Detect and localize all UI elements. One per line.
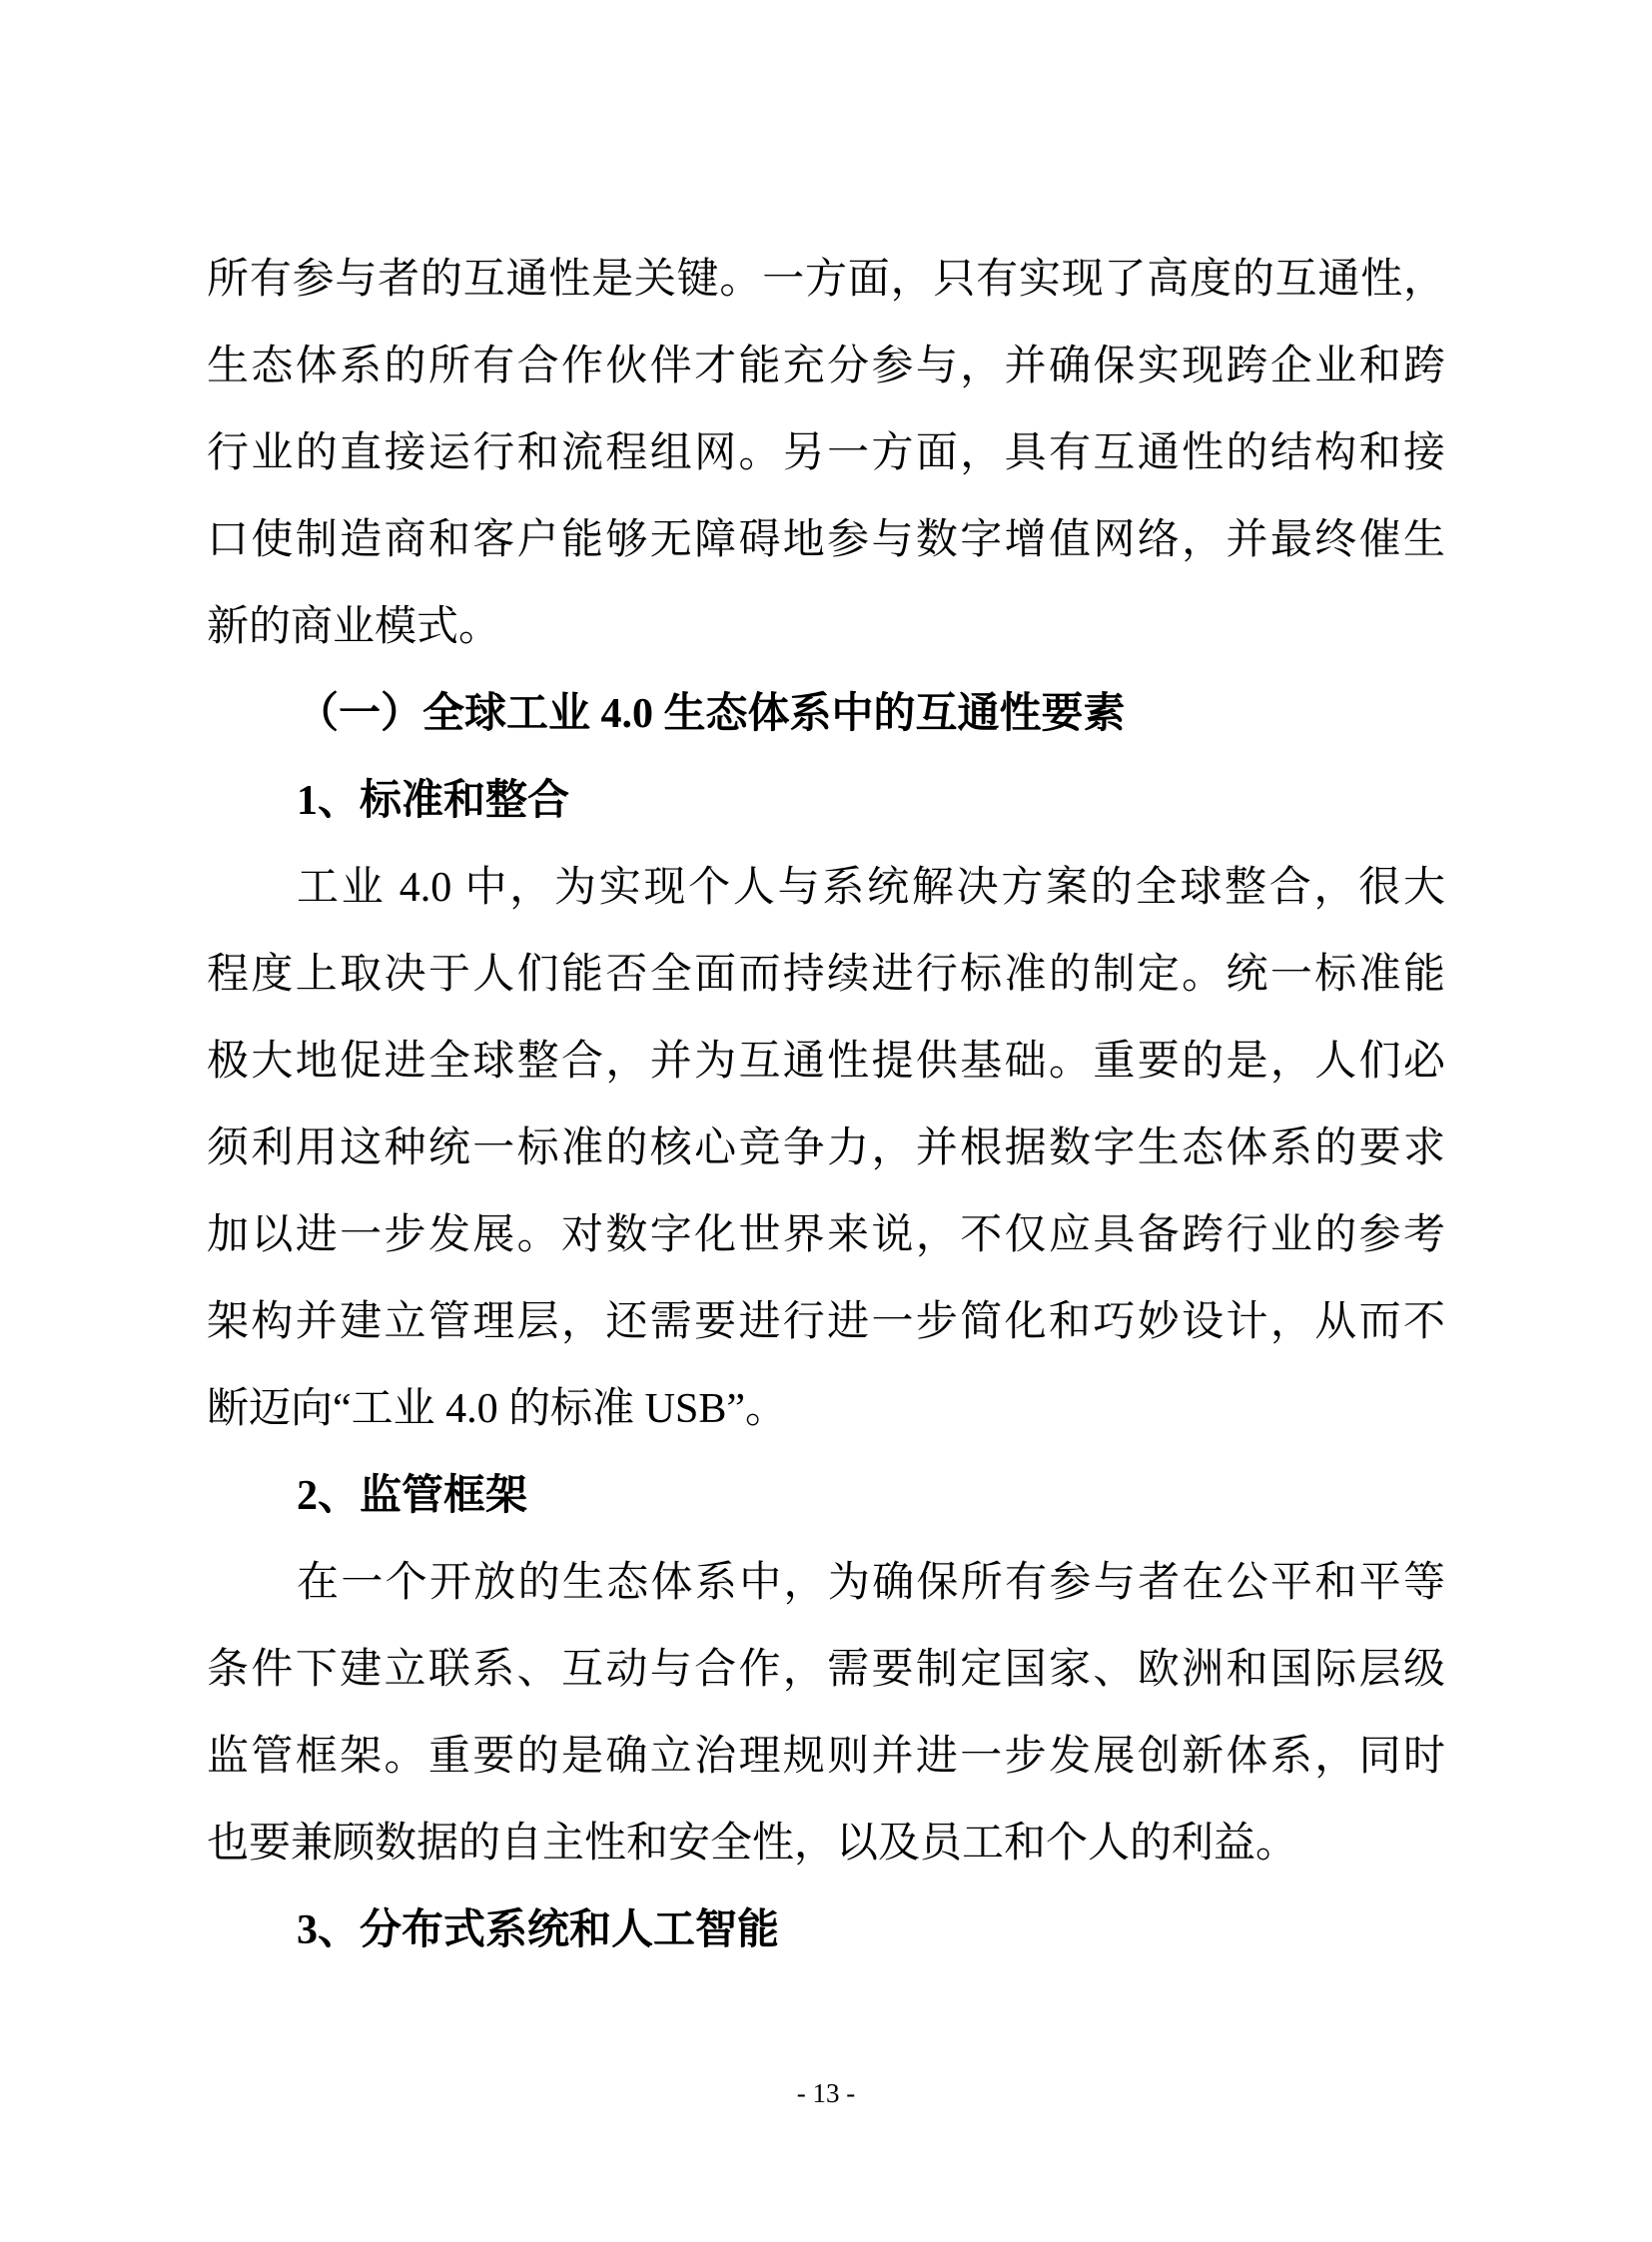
subsection-heading: 3、分布式系统和人工智能 (207, 1887, 1445, 1974)
body-line: 行业的直接运行和流程组网。另一方面，具有互通性的结构和接 (207, 410, 1445, 497)
section-heading: （一）全球工业 4.0 生态体系中的互通性要素 (207, 671, 1445, 758)
body-line: 架构并建立管理层，还需要进行进一步简化和巧妙设计，从而不 (207, 1279, 1445, 1366)
body-line: 监管框架。重要的是确立治理规则并进一步发展创新体系，同时 (207, 1714, 1445, 1801)
body-line: 也要兼顾数据的自主性和安全性，以及员工和个人的利益。 (207, 1801, 1445, 1887)
body-line: 所有参与者的互通性是关键。一方面，只有实现了高度的互通性， (207, 237, 1445, 324)
body-line: 极大地促进全球整合，并为互通性提供基础。重要的是，人们必 (207, 1019, 1445, 1106)
body-line: 须利用这种统一标准的核心竞争力，并根据数字生态体系的要求 (207, 1106, 1445, 1192)
body-line: 在一个开放的生态体系中，为确保所有参与者在公平和平等 (207, 1540, 1445, 1627)
body-line: 条件下建立联系、互动与合作，需要制定国家、欧洲和国际层级 (207, 1627, 1445, 1714)
body-line: 生态体系的所有合作伙伴才能充分参与，并确保实现跨企业和跨 (207, 324, 1445, 410)
subsection-heading: 1、标准和整合 (207, 758, 1445, 845)
body-line: 加以进一步发展。对数字化世界来说，不仅应具备跨行业的参考 (207, 1192, 1445, 1279)
page-number: - 13 - (0, 2077, 1652, 2109)
body-line: 新的商业模式。 (207, 584, 1445, 671)
document-body: 所有参与者的互通性是关键。一方面，只有实现了高度的互通性，生态体系的所有合作伙伴… (207, 237, 1445, 1974)
body-line: 工业 4.0 中，为实现个人与系统解决方案的全球整合，很大 (207, 845, 1445, 932)
body-line: 程度上取决于人们能否全面而持续进行标准的制定。统一标准能 (207, 932, 1445, 1019)
body-line: 断迈向“工业 4.0 的标准 USB”。 (207, 1366, 1445, 1453)
subsection-heading: 2、监管框架 (207, 1453, 1445, 1540)
body-line: 口使制造商和客户能够无障碍地参与数字增值网络，并最终催生 (207, 497, 1445, 584)
document-page: 所有参与者的互通性是关键。一方面，只有实现了高度的互通性，生态体系的所有合作伙伴… (0, 0, 1652, 2242)
